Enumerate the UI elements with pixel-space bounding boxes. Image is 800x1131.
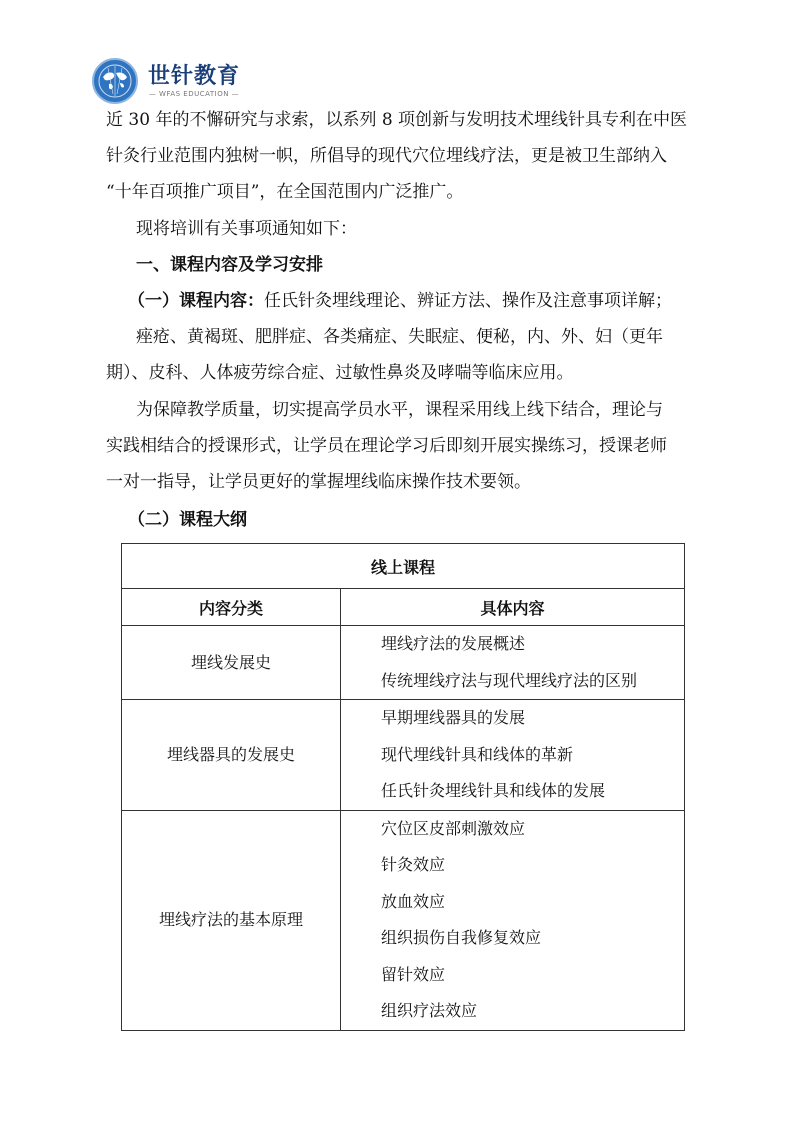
method-line-2: 实践相结合的授课形式，让学员在理论学习后即刻开展实操练习，授课老师	[106, 428, 701, 464]
column-header-category: 内容分类	[122, 589, 341, 626]
table-row: 埋线器具的发展史 早期埋线器具的发展 现代埋线针具和线体的革新 任氏针灸埋线针具…	[122, 700, 685, 811]
table-title: 线上课程	[122, 544, 685, 589]
row-category: 埋线发展史	[122, 626, 341, 700]
row-item: 任氏针灸埋线针具和线体的发展	[381, 773, 684, 810]
row-item: 针灸效应	[381, 847, 684, 884]
brand-name-cn: 世针教育	[148, 64, 240, 88]
row-item: 埋线疗法的发展概述	[381, 626, 684, 663]
outline-heading: （二）课程大纲	[128, 502, 723, 538]
row-item: 组织损伤自我修复效应	[381, 920, 684, 957]
intro-line-2: 针灸行业范围内独树一帜，所倡导的现代穴位埋线疗法，更是被卫生部纳入	[106, 138, 701, 174]
column-header-content: 具体内容	[341, 589, 685, 626]
row-category: 埋线器具的发展史	[122, 700, 341, 811]
row-item: 现代埋线针具和线体的革新	[381, 737, 684, 774]
brand-name-en: — WFAS EDUCATION —	[149, 90, 239, 98]
course-content-label: （一）课程内容：	[128, 291, 264, 311]
course-outline-table: 线上课程 内容分类 具体内容 埋线发展史 埋线疗法的发展概述 传统埋线疗法与现代…	[121, 543, 685, 1031]
row-item: 留针效应	[381, 957, 684, 994]
course-content-line-2: 痤疮、黄褐斑、肥胖症、各类痛症、失眠症、便秘，内、外、妇（更年	[136, 319, 731, 355]
row-item: 早期埋线器具的发展	[381, 700, 684, 737]
table-row: 埋线疗法的基本原理 穴位区皮部刺激效应 针灸效应 放血效应 组织损伤自我修复效应…	[122, 810, 685, 1030]
row-category: 埋线疗法的基本原理	[122, 810, 341, 1030]
course-content-line-3: 期）、皮科、人体疲劳综合症、过敏性鼻炎及哮喘等临床应用。	[106, 355, 701, 391]
course-content-line-1: （一）课程内容：任氏针灸埋线理论、辨证方法、操作及注意事项详解；	[128, 283, 723, 319]
row-item: 组织疗法效应	[381, 993, 684, 1030]
globe-emblem-icon	[92, 58, 138, 104]
brand-logo: 世针教育 — WFAS EDUCATION —	[92, 58, 240, 104]
method-line-1: 为保障教学质量，切实提高学员水平，课程采用线上线下结合，理论与	[136, 392, 731, 428]
method-line-3: 一对一指导，让学员更好的掌握埋线临床操作技术要领。	[106, 464, 701, 500]
notice-line: 现将培训有关事项通知如下：	[136, 211, 731, 247]
table-row: 埋线发展史 埋线疗法的发展概述 传统埋线疗法与现代埋线疗法的区别	[122, 626, 685, 700]
intro-line-1: 近 30 年的不懈研究与求索，以系列 8 项创新与发明技术埋线针具专利在中医	[106, 102, 701, 138]
course-content-text: 任氏针灸埋线理论、辨证方法、操作及注意事项详解；	[264, 291, 672, 311]
section-1-heading: 一、课程内容及学习安排	[136, 247, 731, 283]
row-item: 穴位区皮部刺激效应	[381, 811, 684, 848]
row-item: 传统埋线疗法与现代埋线疗法的区别	[381, 663, 684, 700]
intro-line-3: “十年百项推广项目”，在全国范围内广泛推广。	[106, 174, 701, 210]
row-item: 放血效应	[381, 884, 684, 921]
